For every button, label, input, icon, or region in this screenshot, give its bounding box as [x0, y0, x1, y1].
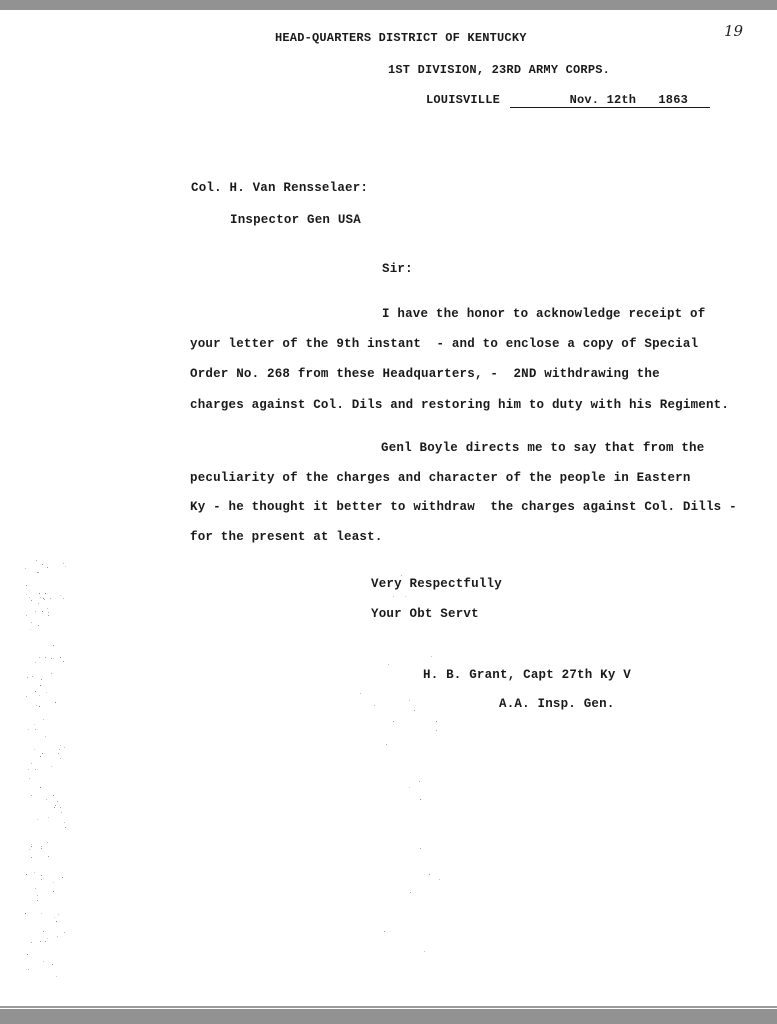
speck	[409, 700, 410, 701]
speck	[36, 560, 37, 561]
speck	[45, 736, 46, 737]
speck	[28, 969, 29, 970]
speck	[40, 941, 41, 942]
speck	[26, 696, 27, 697]
speck	[35, 662, 36, 663]
speck	[43, 961, 44, 962]
speck	[54, 917, 55, 918]
page-bottom-edge	[0, 1006, 777, 1008]
speck	[47, 938, 48, 939]
salutation: Sir:	[382, 262, 413, 276]
speck	[51, 658, 52, 659]
closing-line-1: Very Respectfully	[371, 577, 502, 591]
speck	[384, 931, 385, 932]
body-line: peculiarity of the charges and character…	[190, 471, 691, 485]
speck	[35, 888, 36, 889]
speck	[41, 875, 42, 876]
body-line: for the present at least.	[190, 530, 383, 544]
page-number: 19	[724, 22, 743, 40]
body-line: I have the honor to acknowledge receipt …	[382, 307, 705, 321]
speck	[41, 913, 42, 914]
speck	[56, 976, 57, 977]
speck	[32, 676, 33, 677]
speck	[52, 964, 53, 965]
speck	[64, 932, 65, 933]
speck	[60, 657, 61, 658]
speck	[44, 753, 45, 754]
speck	[31, 846, 32, 847]
speck	[420, 848, 421, 849]
speck	[26, 585, 27, 586]
speck	[42, 564, 43, 565]
speck	[26, 615, 27, 616]
speck	[62, 877, 63, 878]
speck	[405, 596, 406, 597]
speck	[56, 921, 57, 922]
speck	[419, 781, 420, 782]
body-line: Genl Boyle directs me to say that from t…	[381, 441, 704, 455]
scanner-top-border	[0, 0, 777, 10]
speck	[48, 615, 49, 616]
speck	[29, 849, 30, 850]
speck	[40, 685, 41, 686]
speck	[59, 749, 60, 750]
signature-title: A.A. Insp. Gen.	[499, 697, 615, 711]
speck	[29, 778, 30, 779]
speck	[31, 795, 32, 796]
speck	[48, 612, 49, 613]
scanner-bottom-border	[0, 1009, 777, 1024]
speck	[55, 805, 56, 806]
speck	[26, 874, 27, 875]
speck	[39, 657, 40, 658]
speck	[65, 827, 66, 828]
letterhead-division: 1ST DIVISION, 23RD ARMY CORPS.	[388, 63, 610, 77]
speck	[53, 882, 54, 883]
speck	[44, 599, 45, 600]
speck	[39, 706, 40, 707]
speck	[27, 954, 28, 955]
body-line: your letter of the 9th instant - and to …	[190, 337, 698, 351]
speck	[45, 657, 46, 658]
body-line: Ky - he thought it better to withdraw th…	[190, 500, 737, 514]
speck	[61, 812, 62, 813]
speck	[393, 721, 394, 722]
speck	[31, 622, 32, 623]
speck	[37, 819, 38, 820]
speck	[31, 942, 32, 943]
speck	[46, 799, 47, 800]
speck	[48, 817, 49, 818]
speck	[45, 593, 46, 594]
speck	[39, 695, 40, 696]
speck	[34, 749, 35, 750]
speck	[38, 572, 39, 573]
speck	[47, 567, 48, 568]
speck	[38, 603, 39, 604]
speck	[429, 874, 430, 875]
speck	[60, 758, 61, 759]
speck	[386, 744, 387, 745]
speck	[39, 593, 40, 594]
speck	[53, 795, 54, 796]
speck	[43, 931, 44, 932]
speck	[40, 756, 41, 757]
speck	[41, 679, 42, 680]
speck	[47, 608, 48, 609]
speck	[439, 879, 440, 880]
speck	[420, 799, 421, 800]
speck	[31, 600, 32, 601]
speck	[410, 892, 411, 893]
speck	[41, 848, 42, 849]
speck	[374, 705, 375, 706]
speck	[35, 769, 36, 770]
speck	[27, 677, 28, 678]
speck	[51, 673, 52, 674]
speck	[35, 729, 36, 730]
speck	[28, 769, 29, 770]
letterhead-date: Nov. 12th 1863	[510, 93, 710, 108]
speck	[63, 563, 64, 564]
speck	[60, 745, 61, 746]
speck	[31, 844, 32, 845]
speck	[35, 691, 36, 692]
speck	[57, 936, 58, 937]
speck	[40, 597, 41, 598]
speck	[53, 645, 54, 646]
speck	[34, 872, 35, 873]
speck	[360, 693, 361, 694]
letterhead-title: HEAD-QUARTERS DISTRICT OF KENTUCKY	[275, 31, 527, 45]
speck	[48, 856, 49, 857]
speck	[46, 692, 47, 693]
speck	[40, 787, 41, 788]
speck	[64, 747, 65, 748]
speck	[409, 787, 410, 788]
speck	[63, 661, 64, 662]
speck	[31, 763, 32, 764]
speck	[55, 702, 56, 703]
speck	[25, 568, 26, 569]
speck	[60, 807, 61, 808]
speck	[37, 895, 38, 896]
speck	[436, 721, 437, 722]
speck	[50, 598, 51, 599]
signature-name: H. B. Grant, Capt 27th Ky V	[423, 668, 631, 682]
body-line: charges against Col. Dils and restoring …	[190, 398, 729, 412]
date-text: Nov. 12th 1863	[570, 93, 710, 107]
speck	[393, 596, 394, 597]
speck	[38, 625, 39, 626]
speck	[54, 807, 55, 808]
letterhead-place: LOUISVILLE	[426, 93, 500, 107]
speck	[36, 705, 37, 706]
speck	[41, 879, 42, 880]
speck	[60, 595, 61, 596]
speck	[63, 598, 64, 599]
speck	[42, 611, 43, 612]
speck	[414, 710, 415, 711]
speck	[401, 575, 402, 576]
speck	[58, 914, 59, 915]
speck	[64, 822, 65, 823]
addressee-name: Col. H. Van Rensselaer:	[191, 181, 368, 195]
speck	[30, 629, 31, 630]
speck	[45, 941, 46, 942]
addressee-title: Inspector Gen USA	[230, 213, 361, 227]
speck	[42, 753, 43, 754]
speck	[58, 753, 59, 754]
speck	[31, 857, 32, 858]
speck	[41, 846, 42, 847]
speck	[43, 719, 44, 720]
speck	[53, 891, 54, 892]
speck	[29, 597, 30, 598]
speck	[34, 724, 35, 725]
speck	[26, 594, 27, 595]
speck	[424, 951, 425, 952]
speck	[436, 730, 437, 731]
speck	[37, 900, 38, 901]
speck	[57, 801, 58, 802]
closing-line-2: Your Obt Servt	[371, 607, 479, 621]
speck	[51, 766, 52, 767]
speck	[431, 656, 432, 657]
speck	[43, 878, 44, 879]
body-line: Order No. 268 from these Headquarters, -…	[190, 367, 660, 381]
speck	[25, 913, 26, 914]
speck	[388, 664, 389, 665]
speck	[47, 842, 48, 843]
speck	[65, 566, 66, 567]
speck	[35, 611, 36, 612]
speck	[28, 729, 29, 730]
